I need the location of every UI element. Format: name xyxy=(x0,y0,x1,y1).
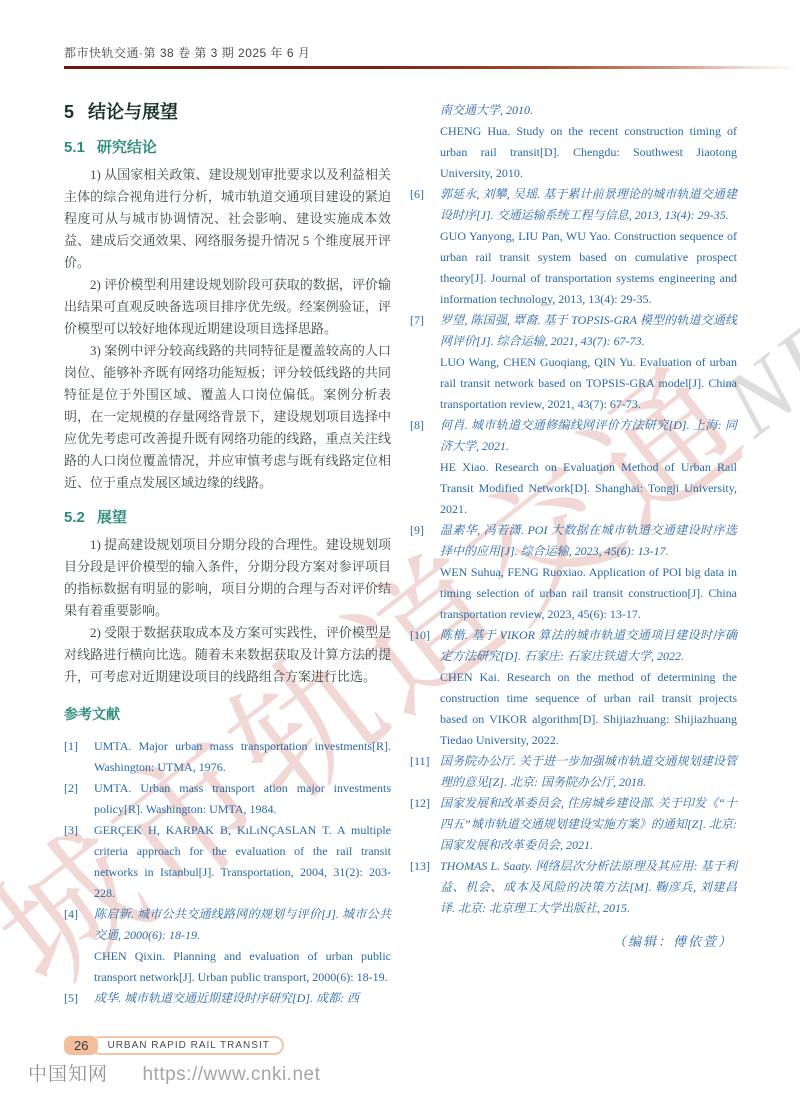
reference-number: [10] xyxy=(410,625,430,646)
reference-text: 成华. 城市轨道交通近期建设时序研究[D]. 成都: 西 xyxy=(94,988,391,1009)
reference-text: CHEN Qixin. Planning and evaluation of u… xyxy=(94,946,391,988)
reference-text: 郭延永, 刘攀, 吴瑶. 基于累计前景理论的城市轨道交通建设时序[J]. 交通运… xyxy=(440,184,737,226)
journal-name-english: URBAN RAPID RAIL TRANSIT xyxy=(91,1036,283,1055)
cnki-watermark: 中国知网 https://www.cnki.net xyxy=(28,1059,320,1086)
reference-number: [3] xyxy=(64,820,78,841)
reference-item: [13]THOMAS L. Saaty. 网络层次分析法原理及其应用: 基于利益… xyxy=(410,856,737,919)
reference-number: [13] xyxy=(410,856,430,877)
reference-item: [12]国家发展和改革委员会, 住房城乡建设部. 关于印发《“十四五”城市轨道交… xyxy=(410,793,737,856)
reference-item: [1]UMTA. Major urban mass transportation… xyxy=(64,736,391,778)
reference-number: [7] xyxy=(410,310,424,331)
subsections: 5.1研究结论1) 从国家相关政策、建设规划审批要求以及利益相关主体的综合视角进… xyxy=(64,136,391,688)
reference-text: LUO Wang, CHEN Guoqiang, QIN Yu. Evaluat… xyxy=(440,352,737,415)
reference-text: GUO Yanyong, LIU Pan, WU Yao. Constructi… xyxy=(440,226,737,310)
section-heading: 5 结论与展望 xyxy=(64,98,391,124)
reference-item: [2]UMTA. Urban mass transport ation majo… xyxy=(64,778,391,820)
references-list-left: [1]UMTA. Major urban mass transportation… xyxy=(64,736,391,1009)
reference-item: [7]罗望, 陈国强, 覃裔. 基于 TOPSIS-GRA 模型的轨道交通线网评… xyxy=(410,310,737,415)
references-heading: 参考文献 xyxy=(64,704,391,724)
reference-text: 温素华, 冯若潇. POI 大数据在城市轨道交通建设时序选择中的应用[J]. 综… xyxy=(440,520,737,562)
reference-item: [5]成华. 城市轨道交通近期建设时序研究[D]. 成都: 西 xyxy=(64,988,391,1009)
subsection-number: 5.1 xyxy=(64,139,85,156)
paragraph: 2) 评价模型利用建设规划阶段可获取的数据，评价输出结果可直观反映备选项目排序优… xyxy=(64,274,391,340)
reference-number: [12] xyxy=(410,793,430,814)
paragraph: 1) 从国家相关政策、建设规划审批要求以及利益相关主体的综合视角进行分析，城市轨… xyxy=(64,164,391,274)
reference-number: [4] xyxy=(64,904,78,925)
reference-number: [9] xyxy=(410,520,424,541)
subsection-heading: 5.1研究结论 xyxy=(64,136,391,157)
reference-text: 何肖. 城市轨道交通修编线网评价方法研究[D]. 上海: 同济大学, 2021. xyxy=(440,415,737,457)
right-column: 南交通大学, 2010.CHENG Hua. Study on the rece… xyxy=(410,100,737,950)
left-column: 5 结论与展望 5.1研究结论1) 从国家相关政策、建设规划审批要求以及利益相关… xyxy=(64,98,391,1009)
reference-text: 罗望, 陈国强, 覃裔. 基于 TOPSIS-GRA 模型的轨道交通线网评价[J… xyxy=(440,310,737,352)
running-head: 都市快轨交通·第 38 卷 第 3 期 2025 年 6 月 xyxy=(64,44,310,61)
section-title: 结论与展望 xyxy=(88,98,178,124)
journal-page: 都市快轨交通·第 38 卷 第 3 期 2025 年 6 月 城市轨道交通NRC… xyxy=(0,0,800,1095)
reference-text: 陈启新. 城市公共交通线路网的规划与评价[J]. 城市公共交通, 2000(6)… xyxy=(94,904,391,946)
reference-text: UMTA. Major urban mass transportation in… xyxy=(94,736,391,778)
paragraph: 2) 受限于数据获取成本及方案可实践性，评价模型是对线路进行横向比选。随着未来数… xyxy=(64,622,391,688)
reference-text: 国家发展和改革委员会, 住房城乡建设部. 关于印发《“十四五”城市轨道交通规划建… xyxy=(440,793,737,856)
subsection-title: 研究结论 xyxy=(97,136,157,157)
reference-text: GERÇEK H, KARPAK B, KıLıNÇASLAN T. A mul… xyxy=(94,820,391,904)
paragraph: 3) 案例中评分较高线路的共同特征是覆盖较高的人口岗位、能够补齐既有网络功能短板… xyxy=(64,340,391,494)
section-number: 5 xyxy=(64,102,74,123)
reference-item: [3]GERÇEK H, KARPAK B, KıLıNÇASLAN T. A … xyxy=(64,820,391,904)
reference-item: [9]温素华, 冯若潇. POI 大数据在城市轨道交通建设时序选择中的应用[J]… xyxy=(410,520,737,625)
reference-text: THOMAS L. Saaty. 网络层次分析法原理及其应用: 基于利益、机会、… xyxy=(440,856,737,919)
cnki-name: 中国知网 xyxy=(28,1064,108,1085)
reference-text: CHENG Hua. Study on the recent construct… xyxy=(440,121,737,184)
reference-text: 南交通大学, 2010. xyxy=(440,100,737,121)
reference-text: 国务院办公厅. 关于进一步加强城市轨道交通规划建设管理的意见[Z]. 北京: 国… xyxy=(440,751,737,793)
reference-item: [11]国务院办公厅. 关于进一步加强城市轨道交通规划建设管理的意见[Z]. 北… xyxy=(410,751,737,793)
reference-item: 南交通大学, 2010.CHENG Hua. Study on the rece… xyxy=(410,100,737,184)
reference-text: UMTA. Urban mass transport ation major i… xyxy=(94,778,391,820)
paragraph: 1) 提高建设规划项目分期分段的合理性。建设规划项目分段是评价模型的输入条件，分… xyxy=(64,534,391,622)
reference-number: [1] xyxy=(64,736,78,757)
reference-item: [10]陈楷. 基于 VIKOR 算法的城市轨道交通项目建设时序确定方法研究[D… xyxy=(410,625,737,751)
page-number: 26 xyxy=(64,1036,98,1055)
reference-text: HE Xiao. Research on Evaluation Method o… xyxy=(440,457,737,520)
reference-item: [4]陈启新. 城市公共交通线路网的规划与评价[J]. 城市公共交通, 2000… xyxy=(64,904,391,988)
reference-text: CHEN Kai. Research on the method of dete… xyxy=(440,667,737,751)
reference-number: [2] xyxy=(64,778,78,799)
reference-number: [8] xyxy=(410,415,424,436)
reference-text: WEN Suhua, FENG Ruoxiao. Application of … xyxy=(440,562,737,625)
editor-note: （编辑：傅依萱） xyxy=(410,931,737,950)
footer-badge: 26 URBAN RAPID RAIL TRANSIT xyxy=(64,1036,284,1055)
reference-number: [5] xyxy=(64,988,78,1009)
subsection-number: 5.2 xyxy=(64,509,85,526)
reference-text: 陈楷. 基于 VIKOR 算法的城市轨道交通项目建设时序确定方法研究[D]. 石… xyxy=(440,625,737,667)
reference-number: [11] xyxy=(410,751,430,772)
reference-number: [6] xyxy=(410,184,424,205)
subsection-heading: 5.2展望 xyxy=(64,506,391,527)
references-list-right: 南交通大学, 2010.CHENG Hua. Study on the rece… xyxy=(410,100,737,919)
reference-item: [6]郭延永, 刘攀, 吴瑶. 基于累计前景理论的城市轨道交通建设时序[J]. … xyxy=(410,184,737,310)
reference-item: [8]何肖. 城市轨道交通修编线网评价方法研究[D]. 上海: 同济大学, 20… xyxy=(410,415,737,520)
header-rule xyxy=(64,66,800,69)
subsection-title: 展望 xyxy=(97,506,127,527)
cnki-url: https://www.cnki.net xyxy=(142,1064,320,1085)
